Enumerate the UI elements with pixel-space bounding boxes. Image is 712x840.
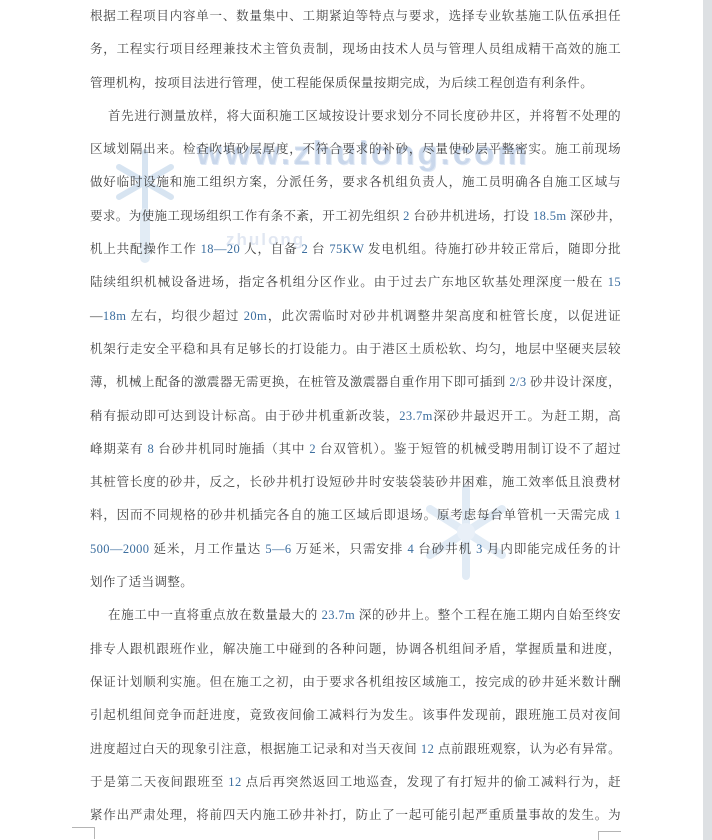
text-line: 紧作出严肃处理，将前四天内施工砂井补打，防止了一起可能引起严重质量事故的发生。为: [90, 799, 621, 832]
scrollbar-track[interactable]: [703, 0, 712, 840]
text-line: 根据工程项目内容单一、数量集中、工期紧迫等特点与要求，选择专业软基施工队伍承担任: [90, 0, 621, 33]
text-line: 划作了适当调整。: [90, 566, 621, 599]
text-line: 要求。为使施工现场组织工作有条不紊，开工初先组织 2 台砂井机进场，打设 18.…: [90, 200, 621, 233]
text-boundary-mark-right: [598, 831, 621, 840]
text-line: 引起机组间竞争而赶进度，竟致夜间偷工减料行为发生。该事件发现前，跟班施工员对夜间: [90, 699, 621, 732]
text-line: 进度超过白天的现象引注意，根据施工记录和对当天夜间 12 点前跟班观察，认为必有…: [90, 733, 621, 766]
text-line: 首先进行测量放样，将大面积施工区域按设计要求划分不同长度砂井区，并将暂不处理的: [90, 100, 621, 133]
text-line: 500—2000 延米，月工作量达 5—6 万延米，只需安排 4 台砂井机 3 …: [90, 533, 621, 566]
text-line: 机架行走安全平稳和具有足够长的打设能力。由于港区土质松软、均匀，地层中坚硬夹层较: [90, 333, 621, 366]
text-boundary-mark-left: [72, 827, 95, 839]
text-line: 做好临时设施和施工组织方案，分派任务，要求各机组负责人，施工员明确各自施工区域与: [90, 166, 621, 199]
text-line: 峰期菜有 8 台砂井机同时施插（其中 2 台双管机）。鉴于短管的机械受聘用制订设…: [90, 433, 621, 466]
text-line: 排专人跟机跟班作业，解决施工中碰到的各种问题，协调各机组间矛盾，掌握质量和进度，: [90, 633, 621, 666]
text-line: 区域划隔出来。检查吹填砂层厚度，不符合要求的补砂，尽量使砂层平整密实。施工前现场: [90, 133, 621, 166]
text-line: 薄，机械上配备的激震器无需更换，在桩管及激震器自重作用下即可插到 2/3 砂井设…: [90, 366, 621, 399]
text-line: 陆续组织机械设备进场，指定各机组分区作业。由于过去广东地区软基处理深度一般在 1…: [90, 266, 621, 299]
text-line: 机上共配操作工作 18—20 人，自备 2 台 75KW 发电机组。待施打砂井较…: [90, 233, 621, 266]
text-line: 务，工程实行项目经理兼技术主管负责制，现场由技术人员与管理人员组成精干高效的施工: [90, 33, 621, 66]
document-text: 根据工程项目内容单一、数量集中、工期紧迫等特点与要求，选择专业软基施工队伍承担任…: [90, 0, 621, 832]
text-line: 稍有振动即可达到设计标高。由于砂井机重新改装，23.7m深砂井最迟开工。为赶工期…: [90, 400, 621, 433]
text-line: 其桩管长度的砂井，反之，长砂井机打设短砂井时安装袋装砂井困难，施工效率低且浪费材: [90, 466, 621, 499]
document-page: www.zhulong.com zhulong 根据工程项目内容单一、数量集中、…: [0, 0, 712, 840]
text-line: 在施工中一直将重点放在数量最大的 23.7m 深的砂井上。整个工程在施工期内自始…: [90, 599, 621, 632]
text-line: 于是第二天夜间跟班至 12 点后再突然返回工地巡查，发现了有打短井的偷工减料行为…: [90, 766, 621, 799]
text-line: —18m 左右，均很少超过 20m，此次需临时对砂井机调整井架高度和桩管长度，以…: [90, 300, 621, 333]
text-line: 保证计划顺利实施。但在施工之初，由于要求各机组按区域施工，按完成的砂井延米数计酬: [90, 666, 621, 699]
text-line: 管理机构，按项目法进行管理，使工程能保质保量按期完成，为后续工程创造有利条件。: [90, 67, 621, 100]
text-line: 料，因而不同规格的砂井机插完各自的施工区域后即退场。原考虑每台单管机一天需完成 …: [90, 499, 621, 532]
